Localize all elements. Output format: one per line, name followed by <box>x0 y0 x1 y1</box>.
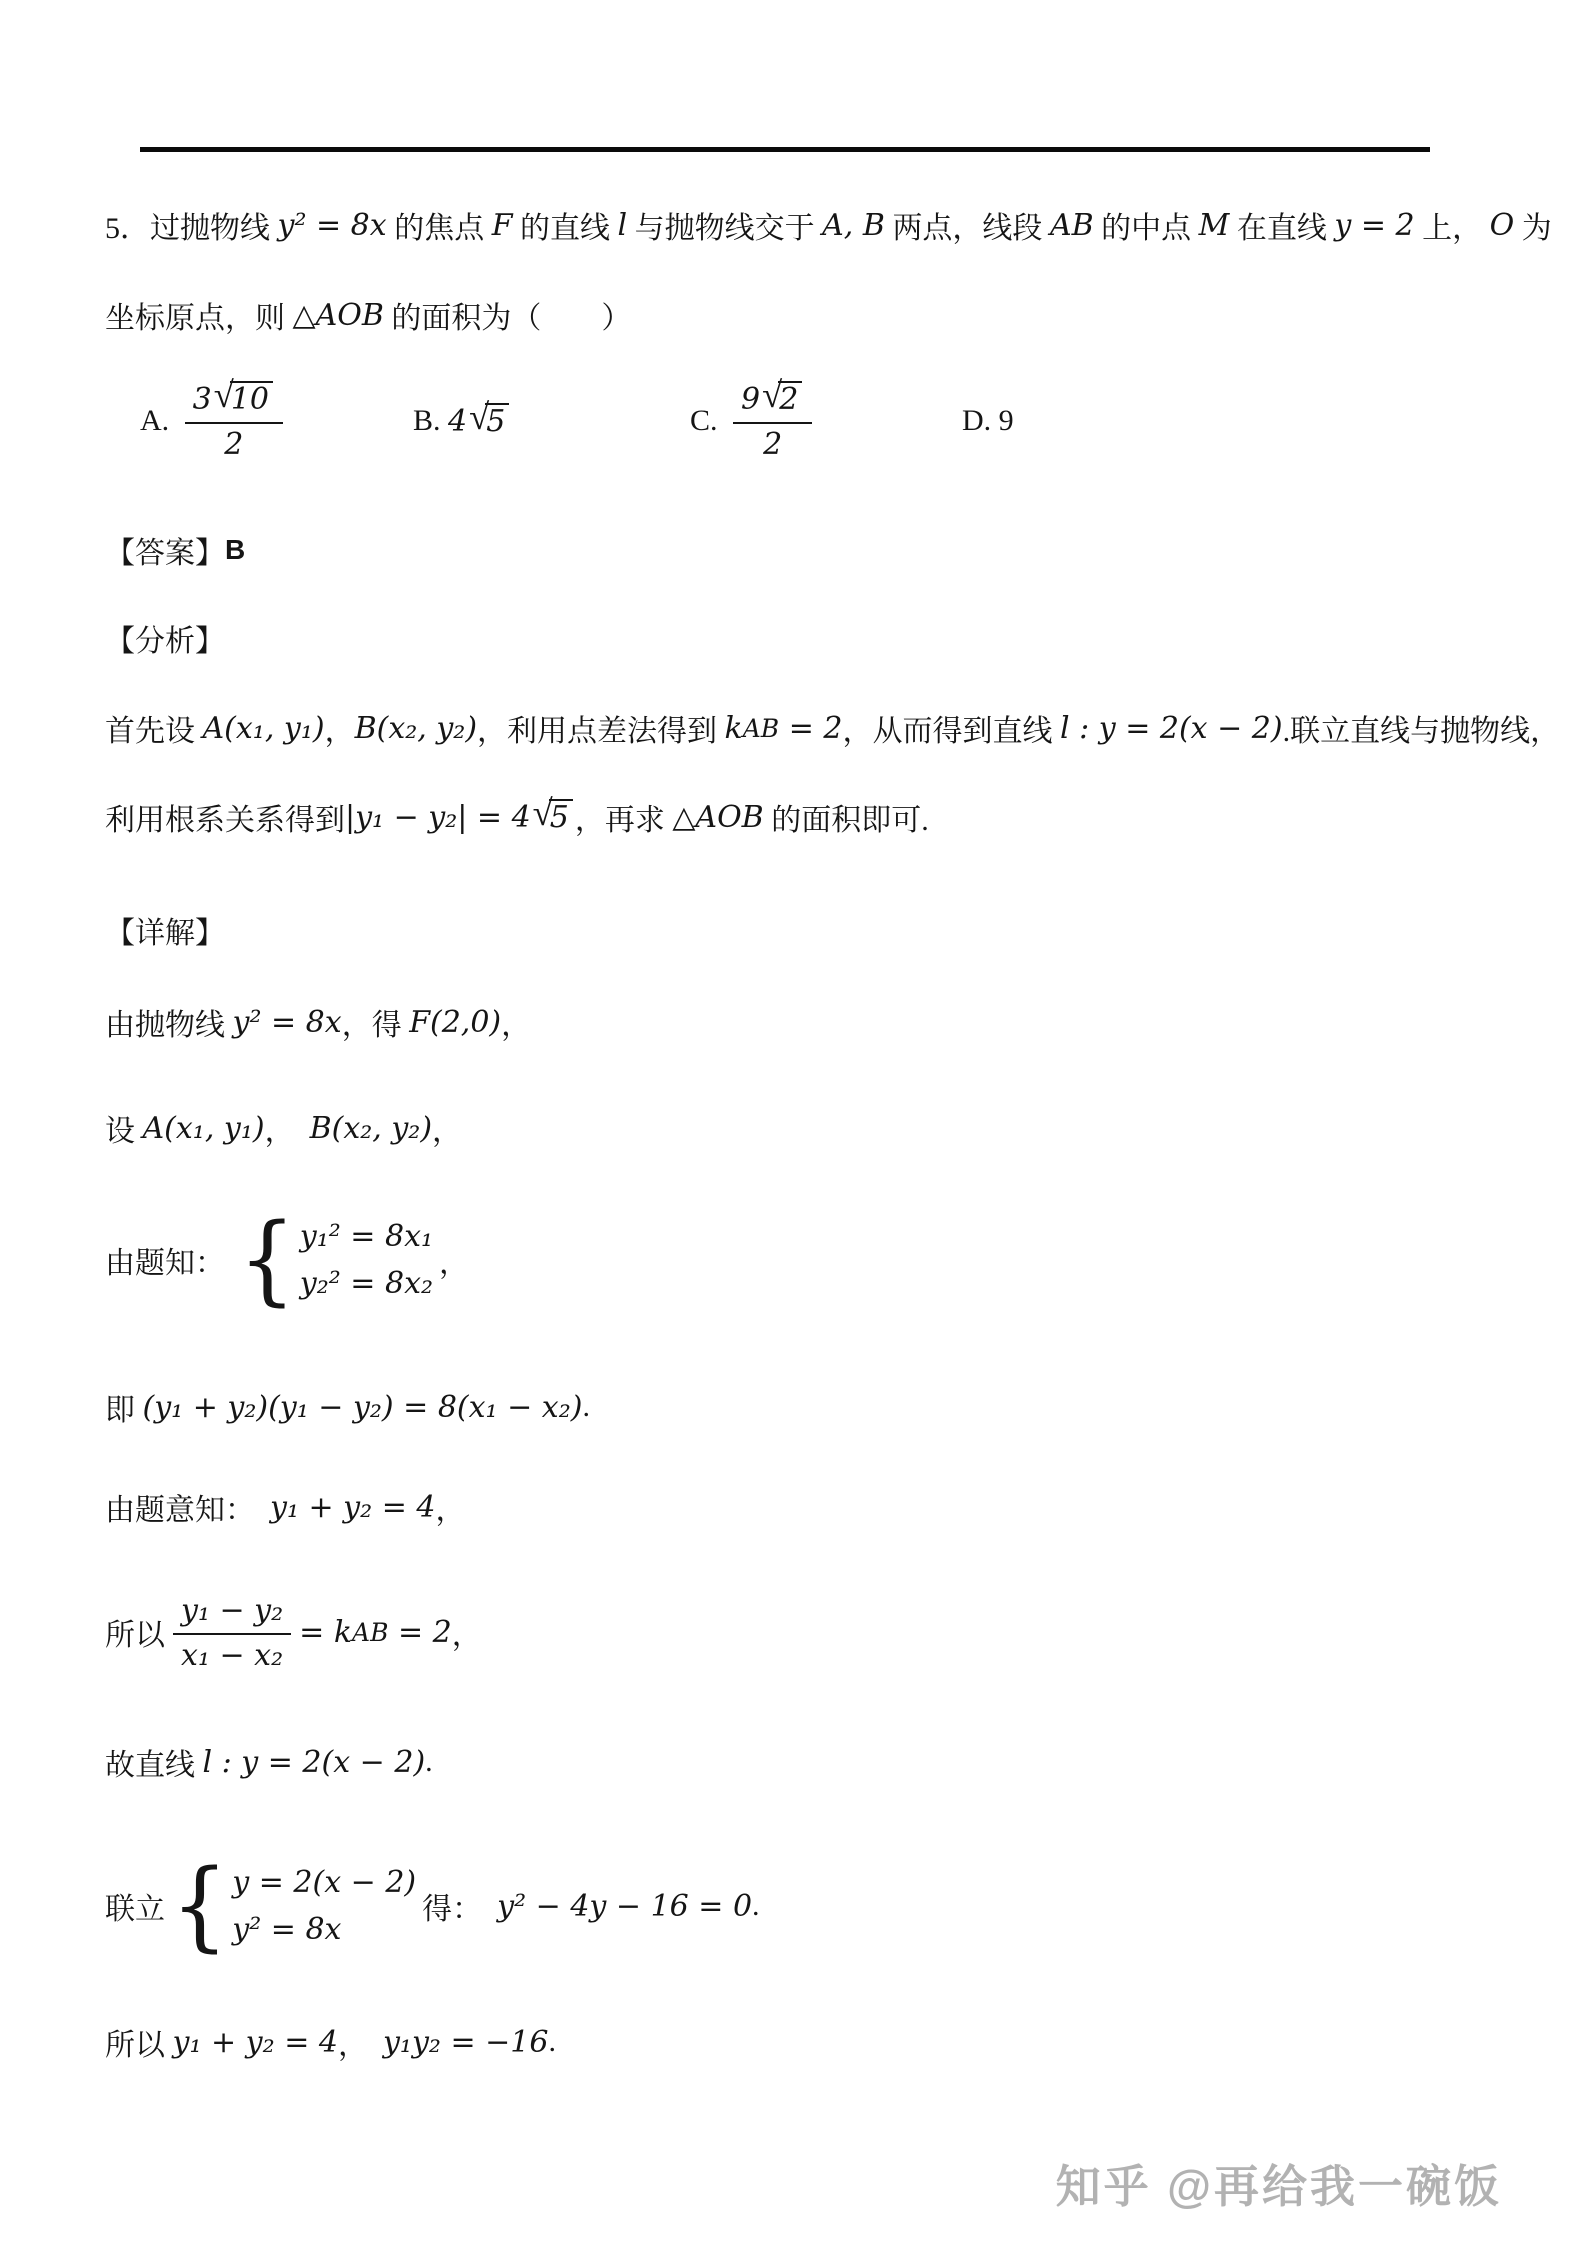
fraction: 9√2 2 <box>733 379 812 463</box>
detail-line-3: 由题知： { y₁² = 8x₁ y₂² = 8x₂ ， <box>105 1196 469 1324</box>
text-run: ， <box>452 1610 482 1654</box>
math-run: F <box>492 208 513 243</box>
math-run: = k <box>299 1615 352 1650</box>
radicand: 10 <box>230 381 273 418</box>
math-run: y₁y₂ = −16 <box>383 2025 548 2060</box>
math-run: = 2 <box>779 711 842 746</box>
text-run: 联立 <box>105 1884 165 1928</box>
sqrt-radical: √2 <box>762 381 802 418</box>
text-run: 故直线 <box>105 1740 203 1784</box>
fraction-denominator: 2 <box>224 424 243 463</box>
watermark: 知乎 @再给我一碗饭 <box>1056 2150 1502 2215</box>
detail-line-2: 设 A(x₁, y₁) ， B(x₂, y₂) ， <box>105 1106 462 1150</box>
text-run: 的面积为（ ） <box>384 293 632 337</box>
text-run: 与抛物线交于 <box>627 203 822 247</box>
answer-label: 【答案】 <box>105 528 225 572</box>
analysis-label: 【分析】 <box>105 616 225 660</box>
system-equation: y₂² = 8x₂ <box>300 1266 433 1301</box>
sqrt-radical: √10 <box>214 381 273 418</box>
sqrt-radical: √5 <box>469 403 509 440</box>
detail-line-4: 即 (y₁ + y₂)(y₁ − y₂) = 8(x₁ − x₂) . <box>105 1385 590 1429</box>
section-label: 【详解】 <box>105 908 225 952</box>
text-run: 由题意知： <box>105 1485 270 1529</box>
text-run: ， <box>439 1238 469 1282</box>
left-brace: { <box>239 1219 296 1302</box>
text-run: . <box>752 1889 760 1923</box>
math-run: △AOB <box>672 800 763 835</box>
text-run: 即 <box>105 1385 143 1429</box>
math-run: A(x₁, y₁) <box>143 1111 265 1146</box>
option-label: A. <box>140 404 177 438</box>
fraction-numerator: 9√2 <box>733 379 812 424</box>
math-run: y² − 4y − 16 = 0 <box>497 1889 752 1924</box>
option-label: C. <box>690 404 725 438</box>
answer-line: 【答案】 B <box>105 528 245 572</box>
math-run: AB <box>1050 208 1094 243</box>
text-run: ， <box>501 1000 531 1044</box>
math-run: 3 <box>193 382 212 418</box>
math-run: A(x₁, y₁) <box>203 711 325 746</box>
text-run: .联立直线与抛物线， <box>1283 706 1561 750</box>
system-equation: y = 2(x − 2) <box>232 1865 416 1900</box>
text-run: ，从而得到直线 <box>842 706 1060 750</box>
text-run: 上， <box>1415 203 1490 247</box>
text-run: 5．过抛物线 <box>105 203 278 247</box>
radical-sign: √ <box>762 377 782 414</box>
document-page: 5．过抛物线 y² = 8x 的焦点 F 的直线 l 与抛物线交于 A, B 两… <box>0 0 1587 2245</box>
text-run: . <box>582 1390 590 1424</box>
math-run: y₁ + y₂ = 4 <box>270 1490 435 1525</box>
text-run: . <box>548 2025 556 2059</box>
math-run: y² = 8x <box>278 208 387 243</box>
question-line-2: 坐标原点，则 △AOB 的面积为（ ） <box>105 293 631 337</box>
header-divider <box>140 147 1430 152</box>
system-equation: y₁² = 8x₁ <box>300 1219 433 1254</box>
option-label: D. <box>962 404 999 438</box>
text-run: 在直线 <box>1229 203 1334 247</box>
text-run: ， <box>265 1106 310 1150</box>
text-run: 的中点 <box>1094 203 1199 247</box>
text-run: ，得 <box>342 1000 410 1044</box>
math-run: M <box>1199 208 1230 243</box>
analysis-line-2: 利用根系关系得到 |y₁ − y₂| = 4√5 ，再求 △AOB 的面积即可. <box>105 795 929 839</box>
math-run: l <box>618 208 628 243</box>
detail-line-9: 所以 y₁ + y₂ = 4 ， y₁y₂ = −16 . <box>105 2020 556 2064</box>
math-run: y = 2 <box>1334 208 1414 243</box>
detail-line-5: 由题意知： y₁ + y₂ = 4 ， <box>105 1485 465 1529</box>
fraction-numerator: 3√10 <box>185 379 283 424</box>
subscript-run: AB <box>743 714 779 743</box>
text-run: ， <box>435 1485 465 1529</box>
math-run: |y₁ − y₂| = 4 <box>345 800 531 835</box>
text-run: 所以 <box>105 2020 173 2064</box>
system-equation: y² = 8x <box>232 1912 341 1947</box>
fraction: 3√10 2 <box>185 379 283 463</box>
detail-line-8: 联立 { y = 2(x − 2) y² = 8x 得： y² − 4y − 1… <box>105 1846 760 1966</box>
text-run: 的面积即可. <box>764 795 929 839</box>
detail-line-6: 所以 y₁ − y₂ x₁ − x₂ = kAB = 2 ， <box>105 1582 482 1682</box>
math-run: l : y = 2(x − 2) <box>203 1745 426 1780</box>
text-run: ，再求 <box>575 795 673 839</box>
option-b: B. 4√5 <box>413 368 511 474</box>
section-label: 【分析】 <box>105 616 225 660</box>
fraction-denominator: 2 <box>763 424 782 463</box>
fraction-numerator: y₁ − y₂ <box>173 1591 291 1635</box>
text-run: 由题知： <box>105 1238 233 1282</box>
text-run: 首先设 <box>105 706 203 750</box>
text-run: 的焦点 <box>387 203 492 247</box>
math-run: F(2,0) <box>409 1005 501 1040</box>
sqrt-radical: √5 <box>533 799 573 836</box>
text-run: . <box>425 1745 433 1779</box>
text-run: ， <box>338 2020 383 2064</box>
left-brace: { <box>171 1865 228 1948</box>
text-run: 两点，线段 <box>885 203 1050 247</box>
math-run: y₁ + y₂ = 4 <box>173 2025 338 2060</box>
text-run: ， <box>325 706 355 750</box>
text-run: 为 <box>1514 203 1552 247</box>
math-run: △AOB <box>293 298 384 333</box>
equation-system: { y = 2(x − 2) y² = 8x <box>171 1865 416 1947</box>
system-rows: y₁² = 8x₁ y₂² = 8x₂ <box>300 1219 433 1301</box>
text-run: 利用根系关系得到 <box>105 795 345 839</box>
text-run: 的直线 <box>513 203 618 247</box>
math-run: = 2 <box>388 1615 451 1650</box>
detail-line-7: 故直线 l : y = 2(x − 2) . <box>105 1740 433 1784</box>
text-run: 所以 <box>105 1610 165 1654</box>
math-run: B(x₂, y₂) <box>355 711 477 746</box>
radical-sign: √ <box>214 377 234 414</box>
radical-sign: √ <box>533 795 553 832</box>
text-run: ， <box>432 1106 462 1150</box>
math-run: 4 <box>448 404 467 439</box>
system-rows: y = 2(x − 2) y² = 8x <box>232 1865 416 1947</box>
option-d: D. 9 <box>962 368 1014 474</box>
analysis-line-1: 首先设 A(x₁, y₁) ， B(x₂, y₂) ，利用点差法得到 kAB =… <box>105 706 1560 750</box>
math-run: 9 <box>741 382 760 418</box>
detail-line-1: 由抛物线 y² = 8x ，得 F(2,0) ， <box>105 1000 531 1044</box>
fraction-denominator: x₁ − x₂ <box>181 1635 283 1674</box>
detail-label: 【详解】 <box>105 908 225 952</box>
radical-sign: √ <box>469 399 489 436</box>
math-run: A, B <box>822 208 885 243</box>
option-label: B. <box>413 404 448 438</box>
question-line-1: 5．过抛物线 y² = 8x 的焦点 F 的直线 l 与抛物线交于 A, B 两… <box>105 203 1552 247</box>
option-c: C. 9√2 2 <box>690 368 820 474</box>
option-a: A. 3√10 2 <box>140 368 291 474</box>
answer-value: B <box>225 534 245 566</box>
fraction: y₁ − y₂ x₁ − x₂ <box>173 1591 291 1674</box>
math-run: O <box>1490 208 1515 243</box>
text-run: ，利用点差法得到 <box>477 706 725 750</box>
math-run: (y₁ + y₂)(y₁ − y₂) = 8(x₁ − x₂) <box>143 1390 583 1425</box>
math-run: B(x₂, y₂) <box>310 1111 432 1146</box>
math-run: k <box>725 711 743 746</box>
text-run: 得： <box>422 1884 497 1928</box>
text-run: 由抛物线 <box>105 1000 233 1044</box>
option-value: 9 <box>999 404 1014 438</box>
math-run: l : y = 2(x − 2) <box>1060 711 1283 746</box>
subscript-run: AB <box>352 1618 388 1647</box>
equation-system: { y₁² = 8x₁ y₂² = 8x₂ <box>239 1219 434 1301</box>
text-run: 坐标原点，则 <box>105 293 293 337</box>
math-run: y² = 8x <box>233 1005 342 1040</box>
text-run: 设 <box>105 1106 143 1150</box>
